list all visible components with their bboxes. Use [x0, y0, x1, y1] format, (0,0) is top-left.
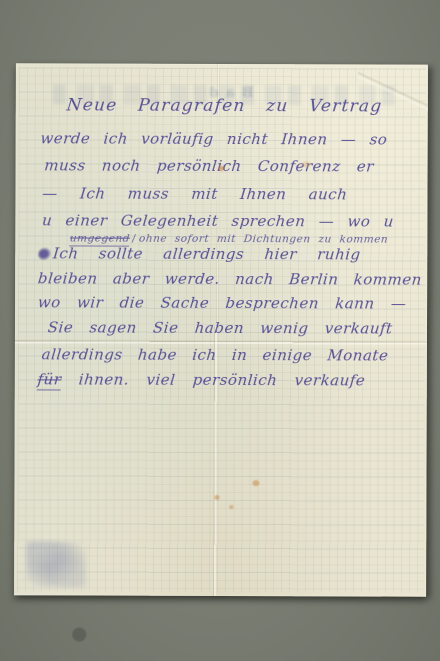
caret-slash: / — [131, 233, 136, 245]
photo-background: Bad Neue Paragrafen zu Vertrag werde ich… — [0, 0, 440, 661]
handwriting-line: bleiben aber werde. nach Berlin kommen — [37, 269, 423, 288]
handwriting-line: Sie sagen Sie haben wenig verkauft — [47, 318, 393, 337]
handwriting-line: für ihnen. viel persönlich verkaufe — [37, 370, 366, 389]
handwriting-line: u einer Gelegenheit sprechen — wo u — [41, 211, 394, 230]
foxing-spot — [214, 495, 219, 500]
paper-sheet: Bad Neue Paragrafen zu Vertrag werde ich… — [14, 63, 428, 596]
strikethrough-word: für — [37, 370, 63, 390]
handwriting-line: muss noch persönlich Conferenz er — [44, 156, 375, 175]
handwriting-line-correction: umgegend/ohne sofort mit Dichtungen zu k… — [69, 232, 388, 245]
handwriting-line: allerdings habe ich in einige Monate — [41, 345, 389, 364]
inserted-text: ohne sofort mit Dichtungen zu kommen — [138, 233, 388, 246]
ink-showthrough-smudge — [26, 541, 86, 587]
foxing-spot — [229, 505, 233, 509]
handwriting-line: Ich sollte allerdings hier ruhig — [37, 244, 361, 263]
handwriting-text: Ich sollte allerdings hier ruhig — [52, 244, 361, 263]
handwriting-line: Neue Paragrafen zu Vertrag — [66, 95, 383, 116]
handwriting-line: — Ich muss mit Ihnen auch — [41, 184, 348, 203]
handwriting-line: wo wir die Sache besprechen kann — — [37, 293, 407, 312]
handwriting-text: ihnen. viel persönlich verkaufe — [78, 371, 366, 390]
foxing-spot — [302, 161, 311, 167]
handwriting-line: werde ich vorläufig nicht Ihnen — so — [40, 129, 389, 148]
foxing-spot — [252, 480, 259, 486]
ink-blot-correction — [37, 247, 51, 260]
foxing-spot — [219, 166, 225, 171]
